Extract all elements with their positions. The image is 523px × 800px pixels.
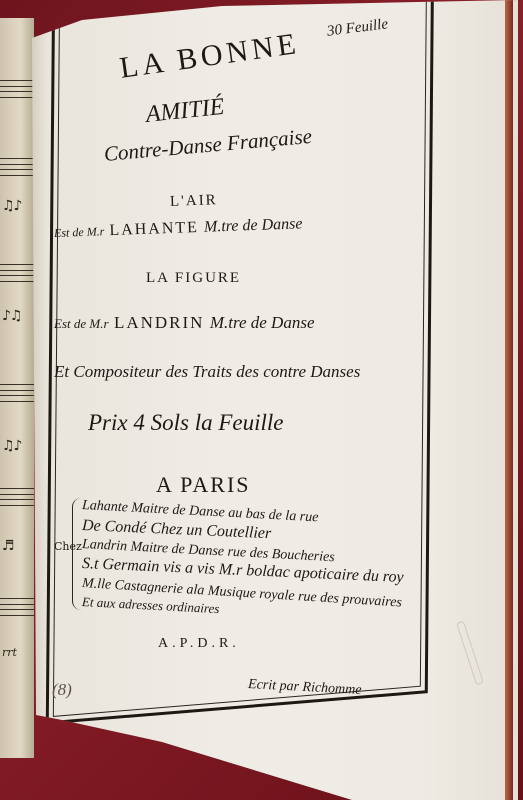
music-staff [0,158,34,176]
music-staff [0,80,34,98]
music-staff [0,488,34,506]
music-notes: ♪♫ [2,308,22,324]
title-line-1: LA BONNE [118,27,302,86]
page-edge [505,0,513,800]
figure-attribution: Est de M.r LANDRIN M.tre de Danse [54,313,315,333]
music-staff [0,598,34,616]
air-suffix: M.tre de Danse [204,215,303,235]
music-staff [0,384,34,402]
folio-note: 30 Feuille [326,16,389,40]
air-composer-name: LAHANTE [109,219,199,239]
compositeur-line: Et Compositeur des Traits des contre Dan… [54,362,360,382]
title-page-content: 30 Feuille LA BONNE AMITIÉ Contre-Danse … [58,0,428,720]
page-number: (8) [52,680,72,700]
music-staff [0,264,34,282]
previous-page-music: ♫♪ ♪♫ ♫♪ ♬ rrt [0,18,34,758]
figure-heading: LA FIGURE [146,270,241,287]
title-page: 30 Feuille LA BONNE AMITIÉ Contre-Danse … [22,0,518,800]
air-attribution: Est de M.r LAHANTE M.tre de Danse [54,213,303,242]
music-notes: ♫♪ [2,438,22,454]
air-prefix: Est de M.r [54,224,105,240]
air-heading: L'AIR [170,192,218,211]
engraver-credit: Ecrit par Richomme [248,677,362,699]
pencil-mark [456,620,484,685]
music-notes: ♫♪ [2,198,22,214]
figure-composer-name: LANDRIN [114,313,205,332]
left-page-text-fragment: rrt [2,646,17,659]
brace-icon [72,498,81,610]
title-line-2: AMITIÉ [145,94,226,129]
city-heading: A PARIS [156,472,251,498]
price-line: Prix 4 Sols la Feuille [88,410,283,436]
figure-prefix: Est de M.r [54,316,109,331]
music-notes: ♬ [2,538,14,554]
figure-suffix: M.tre de Danse [210,313,315,332]
subtitle: Contre-Danse Française [103,124,313,167]
privilege-mark: A.P.D.R. [158,636,240,652]
